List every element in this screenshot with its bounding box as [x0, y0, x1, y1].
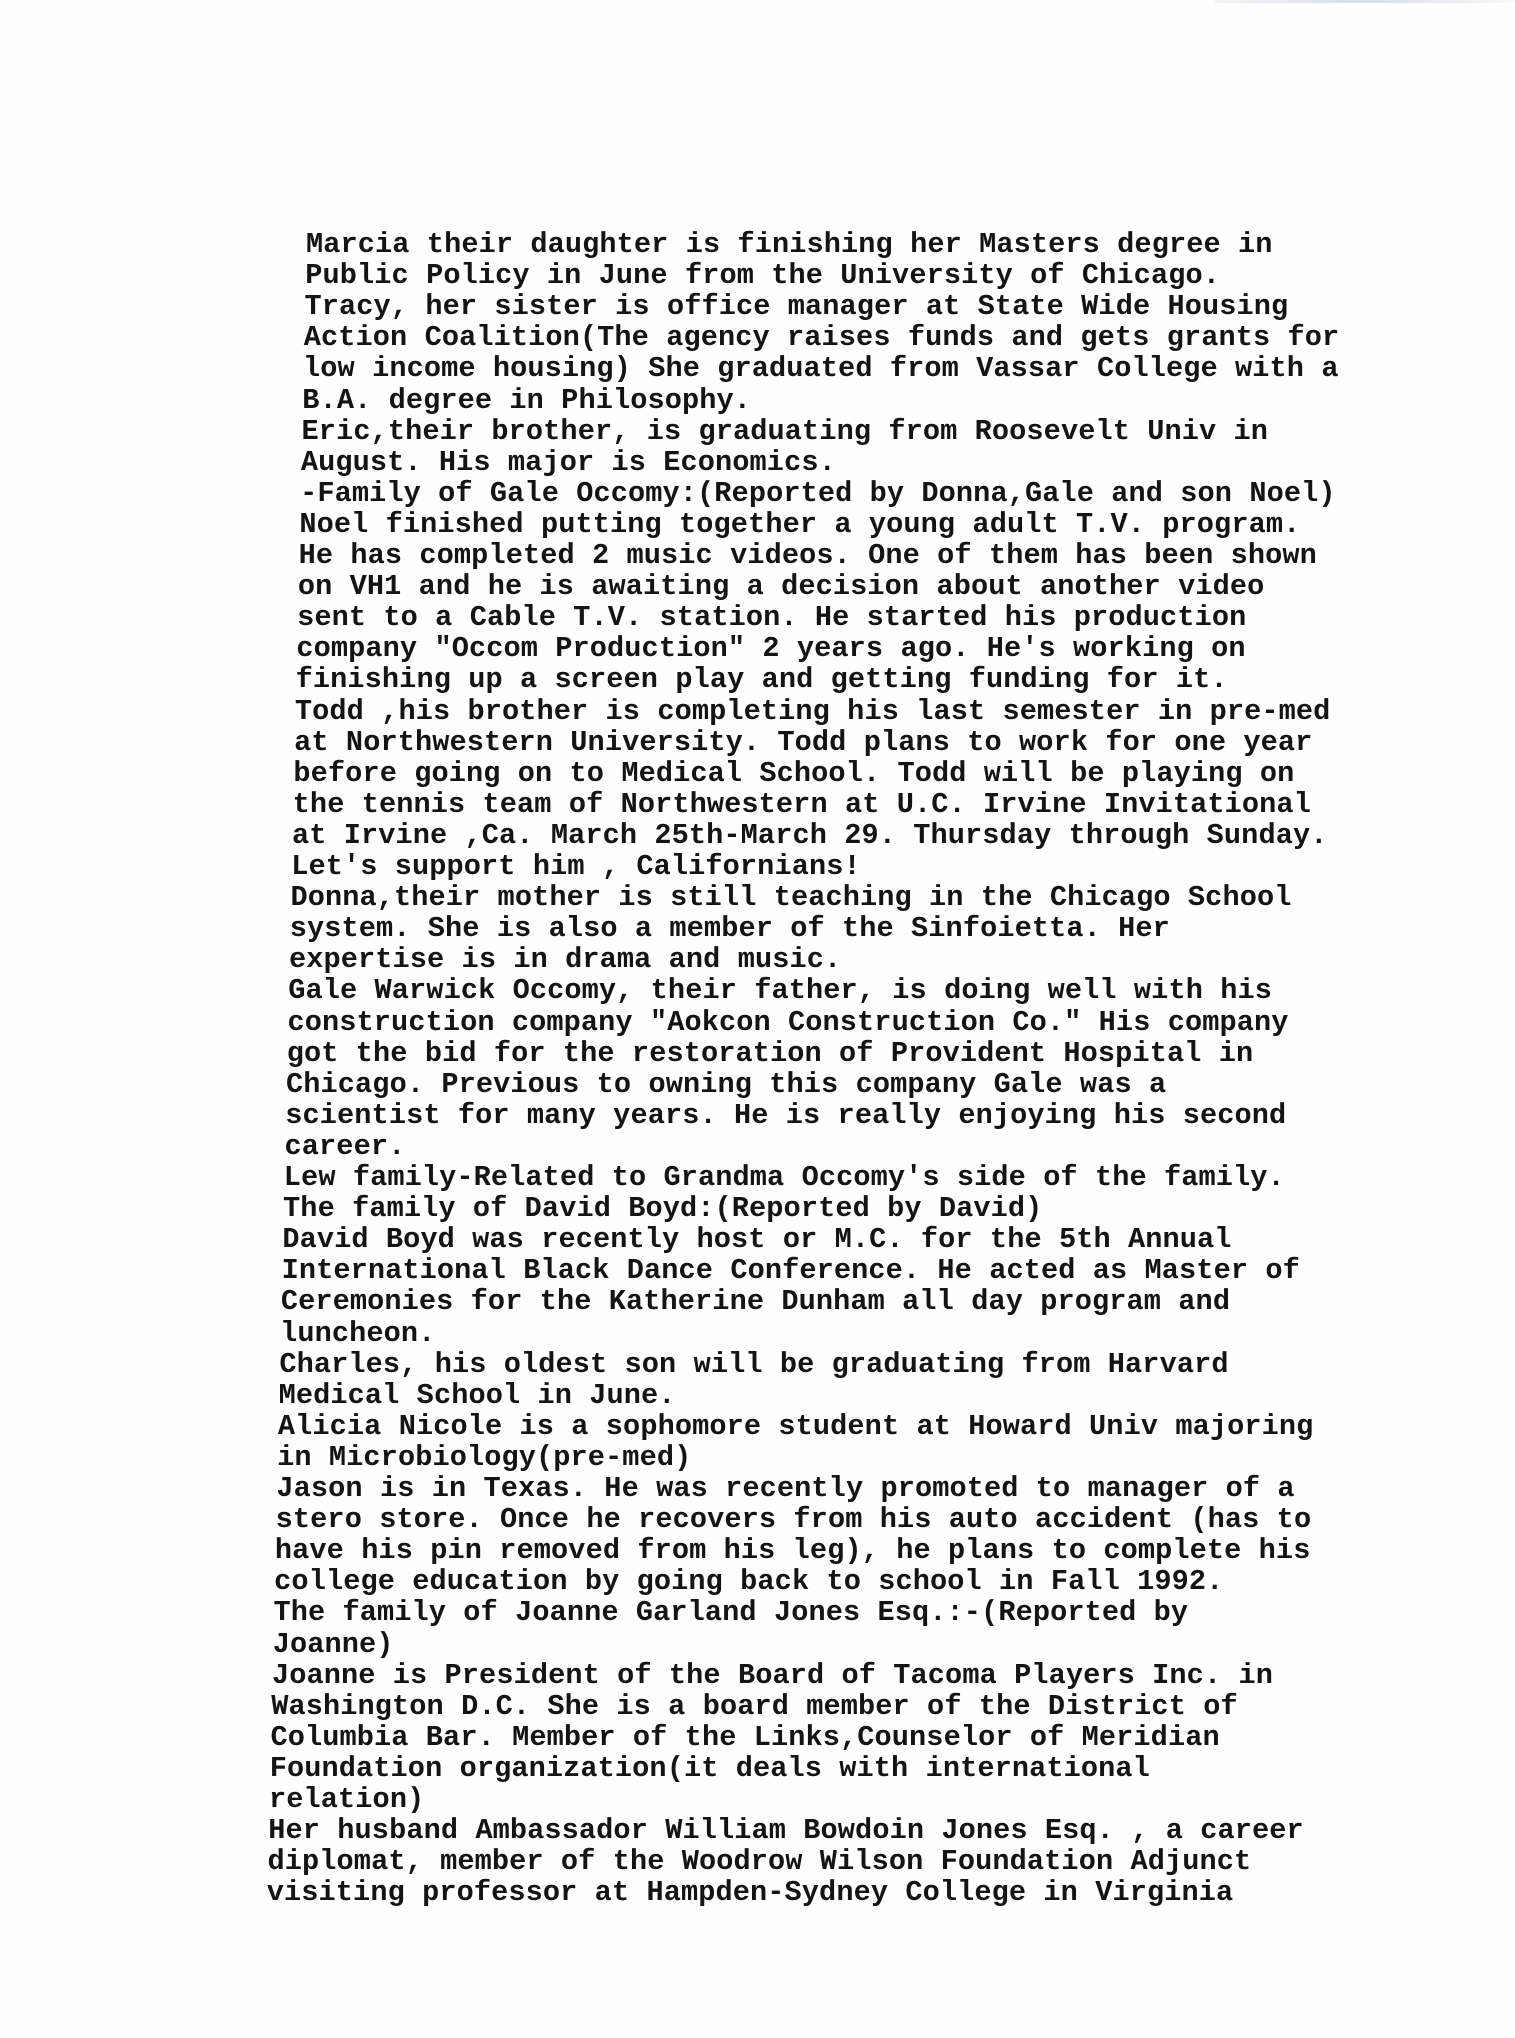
text-line: Washington D.C. She is a board member of…: [271, 1691, 1238, 1722]
text-line: luncheon.: [280, 1318, 435, 1349]
text-line: Let's support him , Californians!: [291, 851, 861, 882]
scan-edge-artifact: [1215, 0, 1515, 3]
text-line: The family of David Boyd:(Reported by Da…: [283, 1193, 1042, 1224]
text-line: He has completed 2 music videos. One of …: [299, 540, 1317, 571]
text-line: Todd ,his brother is completing his last…: [295, 696, 1331, 727]
text-line: -Family of Gale Occomy:(Reported by Donn…: [300, 478, 1336, 509]
text-line: have his pin removed from his leg), he p…: [275, 1535, 1311, 1566]
scanned-page: Marcia their daughter is finishing her M…: [0, 0, 1515, 2038]
text-line: Public Policy in June from the Universit…: [305, 260, 1220, 291]
text-line: Action Coalition(The agency raises funds…: [304, 322, 1340, 353]
text-line: at Irvine ,Ca. March 25th-March 29. Thur…: [292, 820, 1328, 851]
text-line: diplomat, member of the Woodrow Wilson F…: [268, 1846, 1252, 1877]
text-line: Medical School in June.: [279, 1380, 676, 1411]
text-line: Chicago. Previous to owning this company…: [286, 1069, 1166, 1100]
text-line: August. His major is Economics.: [301, 447, 836, 478]
text-line: B.A. degree in Philosophy.: [302, 385, 751, 416]
text-line: expertise is in drama and music.: [289, 944, 841, 975]
text-line: the tennis team of Northwestern at U.C. …: [293, 789, 1311, 820]
text-line: low income housing) She graduated from V…: [303, 353, 1339, 384]
text-line: construction company "Aokcon Constructio…: [288, 1007, 1289, 1038]
text-line: Noel finished putting together a young a…: [299, 509, 1300, 540]
text-line: Lew family-Related to Grandma Occomy's s…: [284, 1162, 1285, 1193]
text-line: finishing up a screen play and getting f…: [296, 664, 1228, 695]
text-line: The family of Joanne Garland Jones Esq.:…: [273, 1597, 1188, 1628]
text-line: Gale Warwick Occomy, their father, is do…: [288, 975, 1272, 1006]
text-line: at Northwestern University. Todd plans t…: [294, 727, 1312, 758]
text-line: International Black Dance Conference. He…: [282, 1255, 1300, 1286]
text-line: Ceremonies for the Katherine Dunham all …: [281, 1286, 1230, 1317]
text-line: Foundation organization(it deals with in…: [270, 1753, 1150, 1784]
text-line: Tracy, her sister is office manager at S…: [305, 291, 1289, 322]
text-line: sent to a Cable T.V. station. He started…: [297, 602, 1246, 633]
text-line: Charles, his oldest son will be graduati…: [279, 1349, 1228, 1380]
text-line: scientist for many years. He is really e…: [285, 1100, 1286, 1131]
text-line: Marcia their daughter is finishing her M…: [306, 229, 1273, 260]
text-line: stero store. Once he recovers from his a…: [276, 1504, 1312, 1535]
text-line: Donna,their mother is still teaching in …: [290, 882, 1291, 913]
text-line: career.: [285, 1131, 406, 1162]
text-line: Her husband Ambassador William Bowdoin J…: [268, 1815, 1304, 1846]
text-line: Columbia Bar. Member of the Links,Counse…: [270, 1722, 1219, 1753]
text-line: got the bid for the restoration of Provi…: [287, 1038, 1254, 1069]
text-line: in Microbiology(pre-med): [277, 1442, 691, 1473]
text-line: system. She is also a member of the Sinf…: [290, 913, 1170, 944]
text-line: before going on to Medical School. Todd …: [293, 758, 1294, 789]
text-line: on VH1 and he is awaiting a decision abo…: [298, 571, 1265, 602]
text-line: Eric,their brother, is graduating from R…: [302, 416, 1269, 447]
text-line: relation): [269, 1784, 424, 1815]
text-line: visiting professor at Hampden-Sydney Col…: [267, 1877, 1234, 1908]
text-line: college education by going back to schoo…: [274, 1566, 1223, 1597]
text-line: Joanne is President of the Board of Taco…: [272, 1660, 1273, 1691]
text-line: David Boyd was recently host or M.C. for…: [282, 1224, 1231, 1255]
text-line: Alicia Nicole is a sophomore student at …: [278, 1411, 1314, 1442]
text-line: company "Occom Production" 2 years ago. …: [296, 633, 1245, 664]
text-line: Jason is in Texas. He was recently promo…: [276, 1473, 1294, 1504]
text-line: Joanne): [273, 1629, 394, 1660]
